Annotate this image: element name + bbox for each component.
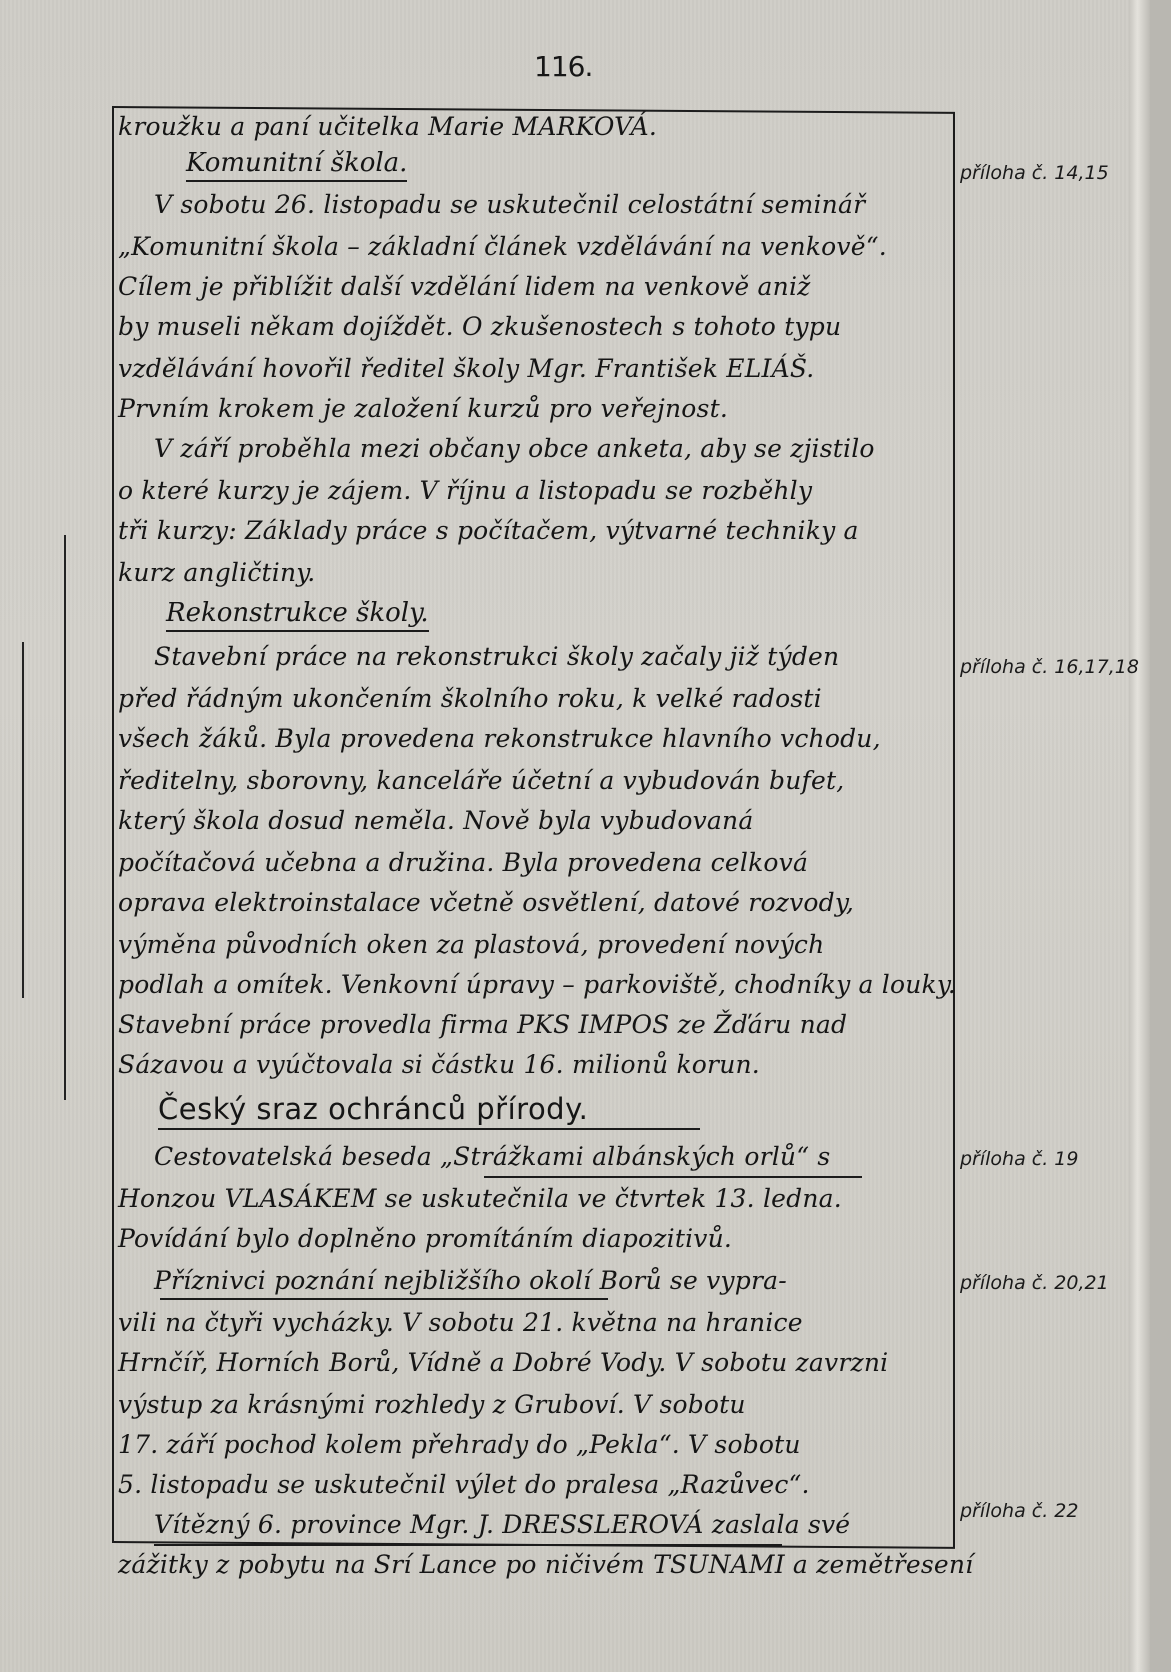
text-line: V září proběhla mezi občany obce anketa,… <box>118 434 875 463</box>
text-line: 5. listopadu se uskutečnil výlet do pral… <box>118 1470 810 1499</box>
margin-line-outer <box>22 642 24 998</box>
underline-nature-lovers <box>160 1298 608 1300</box>
text-line: 17. září pochod kolem přehrady do „Pekla… <box>118 1430 801 1459</box>
text-line: podlah a omítek. Venkovní úpravy – parko… <box>118 970 956 999</box>
attachment-ref: příloha č. 19 <box>960 1148 1078 1170</box>
margin-line-inner <box>64 535 66 1100</box>
text-line: kroužku a paní učitelka Marie MARKOVÁ. <box>118 112 657 141</box>
underline-talk-title <box>484 1176 862 1178</box>
text-line: zážitky z pobytu na Srí Lance po ničivém… <box>118 1550 973 1579</box>
attachment-ref: příloha č. 22 <box>960 1500 1078 1522</box>
text-line: výměna původních oken za plastová, prove… <box>118 930 824 959</box>
heading-school-reconstruction: Rekonstrukce školy. <box>166 598 429 632</box>
text-line: Povídání bylo doplněno promítáním diapoz… <box>118 1224 732 1253</box>
text-line: Honzou VLASÁKEM se uskutečnila ve čtvrte… <box>118 1184 842 1213</box>
text-line: Hrnčíř, Horních Borů, Vídně a Dobré Vody… <box>118 1348 888 1377</box>
text-line: „Komunitní škola – základní článek vzděl… <box>118 232 887 261</box>
attachment-ref: příloha č. 16,17,18 <box>960 656 1139 678</box>
text-line: o které kurzy je zájem. V říjnu a listop… <box>118 476 812 505</box>
text-line: Sázavou a vyúčtovala si částku 16. milio… <box>118 1050 760 1079</box>
heading-nature-rally: Český sraz ochránců přírody. <box>158 1092 700 1130</box>
text-line: oprava elektroinstalace včetně osvětlení… <box>118 888 854 917</box>
text-line: před řádným ukončením školního roku, k v… <box>118 684 822 713</box>
page-edge <box>1129 0 1150 1672</box>
text-line: Vítězný 6. province Mgr. J. DRESSLEROVÁ … <box>118 1510 850 1539</box>
text-line: Cílem je přiblížit další vzdělání lidem … <box>118 272 811 301</box>
text-line: Cestovatelská beseda „Strážkami albánský… <box>118 1142 830 1171</box>
text-line: by museli někam dojíždět. O zkušenostech… <box>118 312 841 341</box>
heading-community-school: Komunitní škola. <box>186 148 407 182</box>
text-line: kurz angličtiny. <box>118 558 315 587</box>
text-line: vili na čtyři vycházky. V sobotu 21. kvě… <box>118 1308 803 1337</box>
text-line: V sobotu 26. listopadu se uskutečnil cel… <box>118 190 865 219</box>
text-line: ředitelny, sborovny, kanceláře účetní a … <box>118 766 844 795</box>
attachment-ref: příloha č. 20,21 <box>960 1272 1109 1294</box>
text-line: který škola dosud neměla. Nově byla vybu… <box>118 806 753 835</box>
text-line: tři kurzy: Základy práce s počítačem, vý… <box>118 516 859 545</box>
notebook-page: 116. kroužku a paní učitelka Marie MARKO… <box>0 0 1150 1672</box>
text-line: vzdělávání hovořil ředitel školy Mgr. Fr… <box>118 354 814 383</box>
page-number: 116. <box>534 50 592 83</box>
text-line: Stavební práce na rekonstrukci školy zač… <box>118 642 839 671</box>
text-line: Prvním krokem je založení kurzů pro veře… <box>118 394 728 423</box>
text-line: všech žáků. Byla provedena rekonstrukce … <box>118 724 881 753</box>
underline-winner <box>154 1544 782 1546</box>
text-line: výstup za krásnými rozhledy z Gruboví. V… <box>118 1390 746 1419</box>
attachment-ref: příloha č. 14,15 <box>960 162 1109 184</box>
text-line: Příznivci poznání nejbližšího okolí Borů… <box>118 1266 787 1295</box>
text-line: Stavební práce provedla firma PKS IMPOS … <box>118 1010 847 1039</box>
text-line: počítačová učebna a družina. Byla proved… <box>118 848 808 877</box>
